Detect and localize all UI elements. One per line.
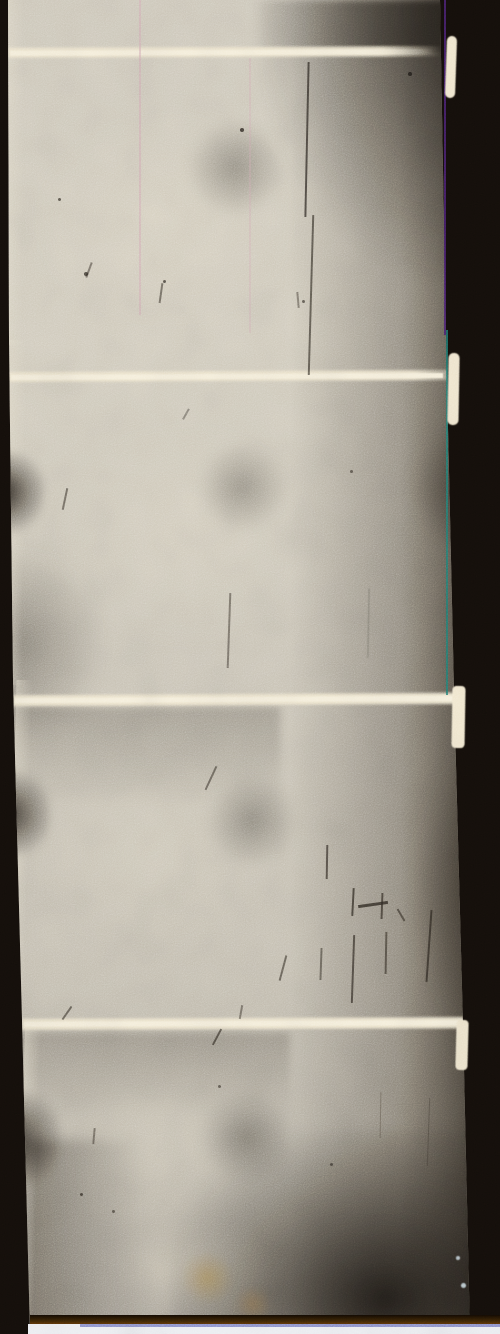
frame1-long-scratch-upper (304, 62, 309, 217)
brown-stain-small (232, 1288, 274, 1320)
frame4-light-patch (50, 1050, 280, 1240)
separator2-core (11, 373, 443, 379)
frame1-light-patch (30, 110, 300, 330)
frame3-scratch-f (425, 910, 432, 982)
speck-11 (218, 1085, 221, 1088)
frame2-scratch-d (182, 408, 189, 419)
frame3-scratch-a (205, 766, 217, 790)
separator2-glow (9, 370, 449, 382)
frame4-top-dark-band (0, 1032, 290, 1127)
frame2-light-patch (50, 420, 320, 650)
frame2-scratch-c (367, 588, 369, 658)
bottom-center-light-patch (110, 1220, 280, 1315)
speck-7 (350, 470, 353, 473)
film-strip (0, 0, 500, 1334)
frame3-scratch-d (381, 893, 384, 919)
frame0-top-dark (250, 0, 500, 52)
film-strip-photo (0, 0, 500, 1334)
frame3-scratch-c (351, 888, 354, 916)
bottom-left-shadow (0, 1140, 170, 1334)
frame3-light-patch (30, 750, 280, 960)
frame1-long-scratch-lower (308, 215, 314, 375)
frame3-scratch-i (279, 955, 287, 981)
speck-2 (408, 72, 412, 76)
frame1-scratch-c (85, 262, 92, 278)
speck-5 (84, 272, 88, 276)
brown-stain-large (178, 1252, 236, 1304)
separator3-glow (13, 693, 457, 706)
separator4-glow (22, 1017, 464, 1030)
frame4-scratch-b (92, 1128, 95, 1144)
speck-9 (112, 1210, 115, 1213)
frame2-right-edge-blob (408, 415, 500, 555)
separator1-core (10, 49, 434, 55)
speck-1 (240, 128, 244, 132)
left-edge-light-strip-4 (17, 1020, 41, 1334)
speck-4 (163, 280, 166, 283)
frame3-scratch-j (319, 948, 322, 980)
left-edge-light-strip-2 (6, 340, 26, 685)
right-shadow-band (290, 0, 500, 1334)
speck-10 (330, 1163, 333, 1166)
frame3-scratch-l (239, 1005, 243, 1019)
frame3-scratch-k (62, 1006, 73, 1020)
separator3-core (15, 696, 453, 703)
speck-6 (302, 300, 305, 303)
frame1-scratch-a (159, 283, 163, 303)
film-base (0, 0, 500, 1334)
separator4-core (24, 1020, 458, 1027)
frame4-scratch-a (212, 1029, 222, 1046)
perforation-tab-2 (447, 353, 459, 425)
perforation-tab-1 (445, 36, 457, 98)
frame3-smudge (203, 772, 301, 870)
frame1-smudge (183, 116, 287, 220)
frame3-scratch-dash (358, 901, 388, 908)
frame2-smudge (194, 438, 292, 536)
frame3-scratch-e (397, 908, 406, 921)
frame2-scratch-a (62, 488, 69, 510)
frame3-right-edge-shadow (415, 750, 500, 1030)
speck-8 (80, 1193, 83, 1196)
sprocket-shadow-frame3 (0, 772, 50, 856)
left-column-dark-frame2 (0, 550, 100, 740)
frame4-scratch-d (427, 1098, 431, 1166)
sprocket-shadow-frame2 (0, 452, 44, 532)
frame4-smudge (195, 1086, 299, 1190)
frame1-scratch-b (296, 292, 299, 308)
frame4-scratch-c (380, 1092, 382, 1138)
sprocket-shadow-frame4 (0, 1090, 60, 1188)
top-right-corner-shadow (260, 0, 500, 280)
frame3-top-dark-band (0, 707, 280, 822)
frame3-scratch-b (326, 845, 328, 879)
left-edge-light-strip-1 (6, 0, 23, 345)
frame2-scratch-b (227, 593, 231, 668)
frame3-scratch-h (385, 932, 387, 974)
speck-3 (58, 198, 61, 201)
bottom-right-large-shadow (170, 1130, 500, 1334)
left-edge-light-strip-3 (7, 680, 32, 1025)
frame3-scratch-g (351, 935, 355, 1003)
separator1-glow (8, 46, 442, 58)
